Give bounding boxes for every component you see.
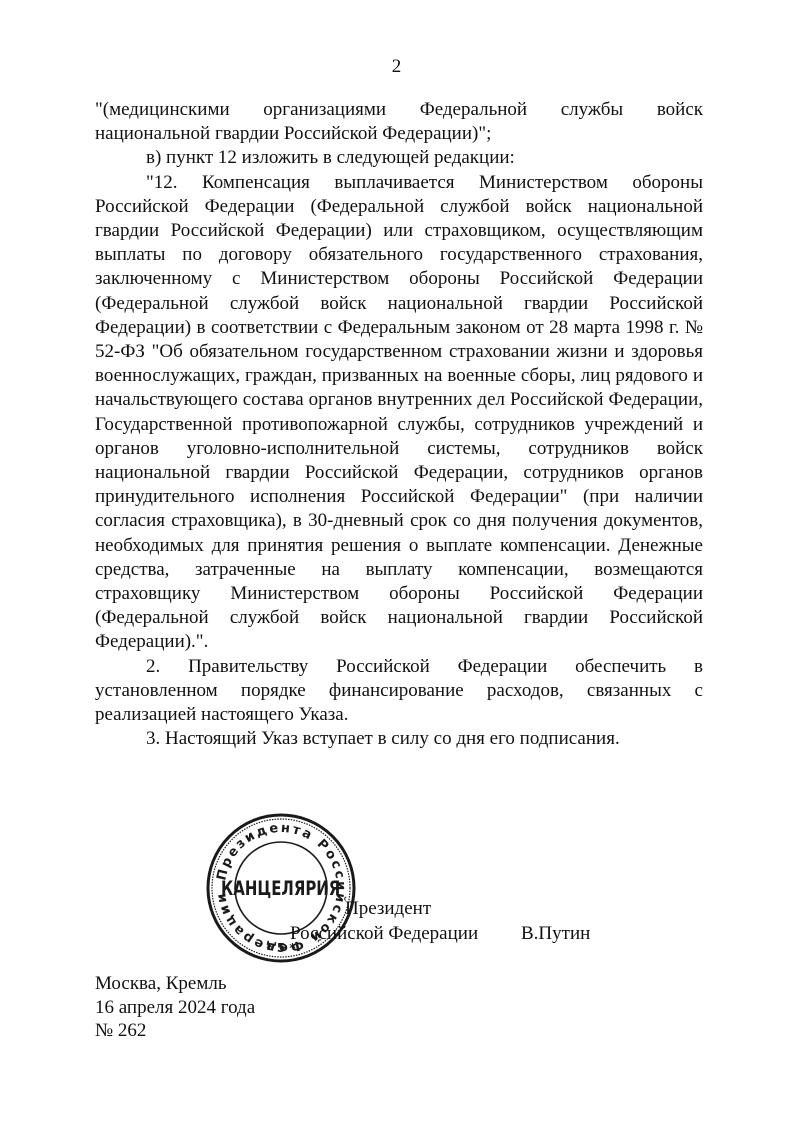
signing-place: Москва, Кремль (95, 972, 255, 996)
signing-date: 16 апреля 2024 года (95, 996, 255, 1020)
paragraph-article-3: 3. Настоящий Указ вступает в силу со дня… (95, 727, 703, 751)
paragraph-item-12: "12. Компенсация выплачивается Министерс… (95, 171, 703, 655)
stamp-center-text: КАНЦЕЛЯРИЯ (221, 878, 340, 900)
paragraph-item-v: в) пункт 12 изложить в следующей редакци… (95, 146, 703, 170)
decree-body: "(медицинскими организациями Федеральной… (95, 98, 703, 751)
signature-title-line2: Российской Федерации (290, 921, 478, 946)
page-number: 2 (0, 56, 793, 78)
paragraph-article-2: 2. Правительству Российской Федерации об… (95, 655, 703, 728)
decree-number: № 262 (95, 1019, 255, 1043)
signatory-name: В.Путин (521, 921, 590, 946)
place-date-block: Москва, Кремль 16 апреля 2024 года № 262 (95, 972, 255, 1043)
paragraph-medical-orgs: "(медицинскими организациями Федеральной… (95, 98, 703, 146)
signature-title-line1: Президент (345, 896, 431, 921)
